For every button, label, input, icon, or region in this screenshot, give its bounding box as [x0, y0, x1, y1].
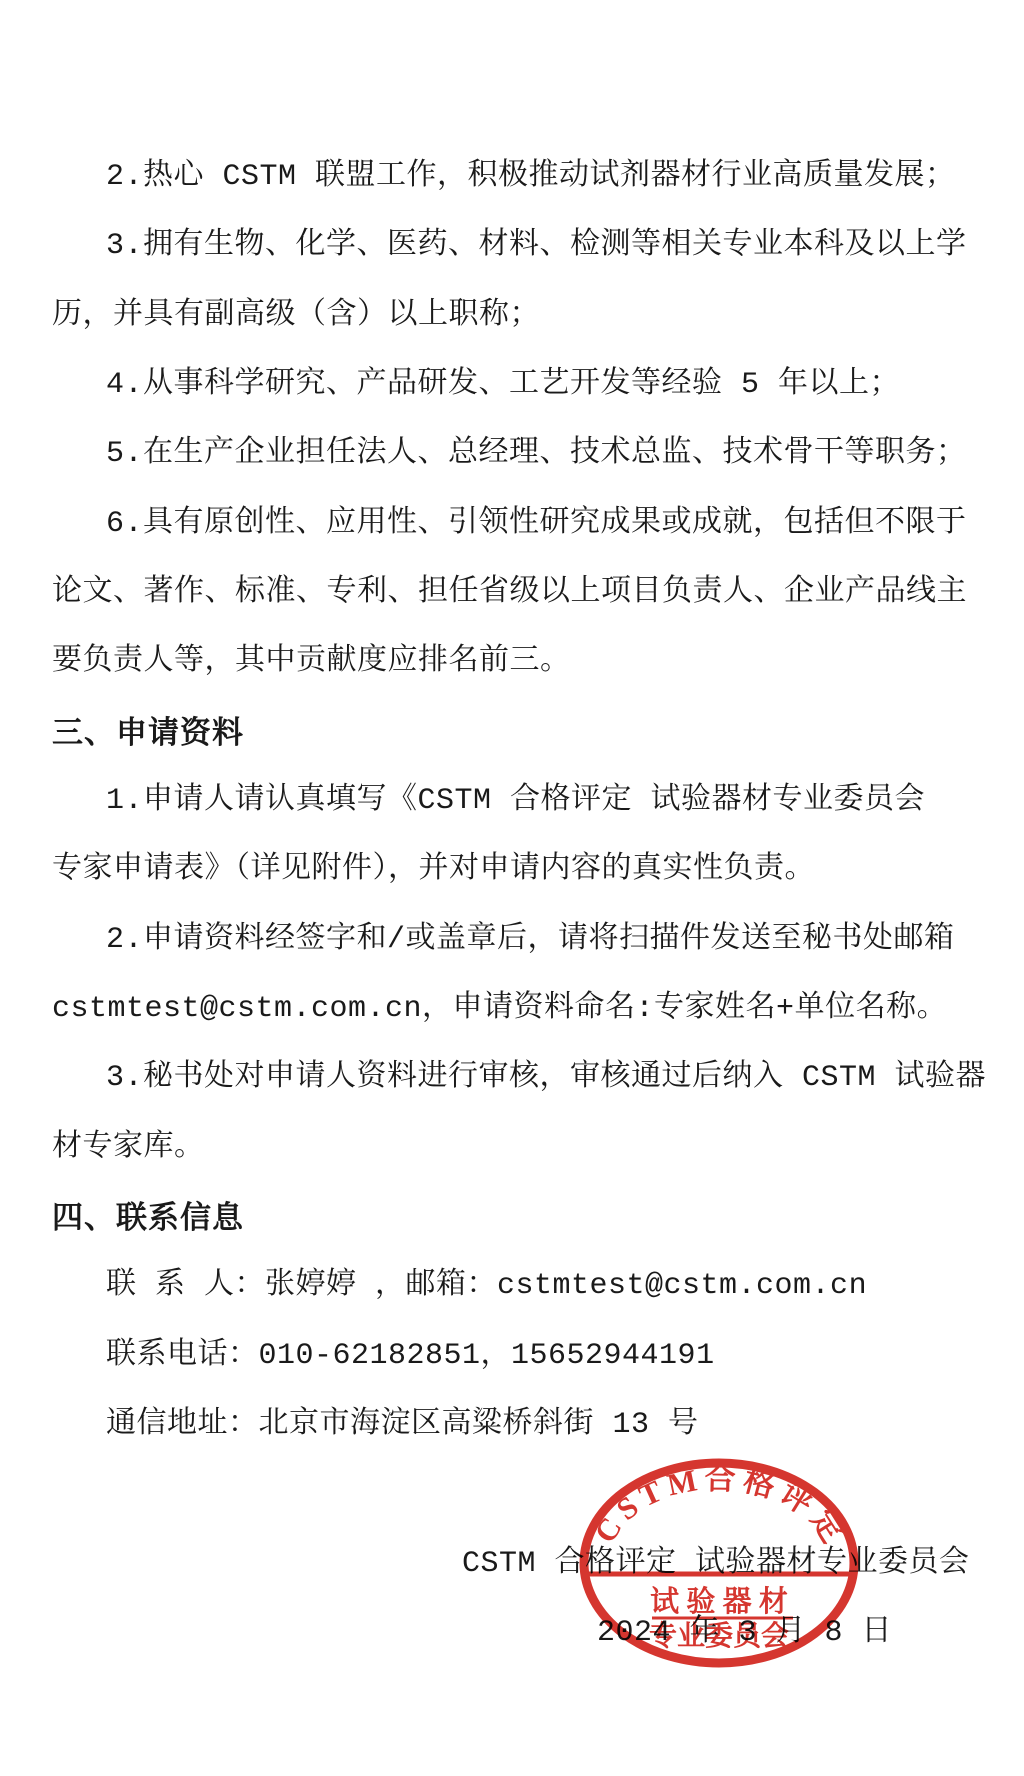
contact-address-line: 通信地址：北京市海淀区高粱桥斜街 13 号	[106, 1405, 699, 1445]
stamp-arc-text: CSTM合格评定	[587, 1461, 854, 1554]
requirement-item-3-line-2: 历，并具有副高级（含）以上职称；	[52, 296, 540, 336]
requirement-item-3-line-1: 3.拥有生物、化学、医药、材料、检测等相关专业本科及以上学	[106, 226, 967, 266]
requirement-item-6-line-3: 要负责人等，其中贡献度应排名前三。	[52, 642, 571, 682]
materials-item-1-line-2: 专家申请表》（详见附件），并对申请内容的真实性负责。	[52, 850, 815, 890]
materials-item-1-line-1: 1.申请人请认真填写《CSTM 合格评定 试验器材专业委员会	[106, 781, 925, 821]
stamp-committee-text: 专业委员会	[649, 1619, 789, 1652]
contact-person-line: 联 系 人：张婷婷 ，邮箱：cstmtest@cstm.com.cn	[106, 1266, 867, 1306]
document-page: 2.热心 CSTM 联盟工作，积极推动试剂器材行业高质量发展； 3.拥有生物、化…	[0, 0, 1024, 1776]
official-red-stamp: CSTM合格评定 试 验 器 材 专业委员会	[569, 1453, 869, 1673]
materials-item-2-line-2: cstmtest@cstm.com.cn，申请资料命名:专家姓名+单位名称。	[52, 989, 947, 1029]
contact-phone-line: 联系电话：010-62182851，15652944191	[106, 1336, 715, 1376]
requirement-item-2: 2.热心 CSTM 联盟工作，积极推动试剂器材行业高质量发展；	[106, 157, 956, 197]
materials-item-3-line-2: 材专家库。	[52, 1128, 205, 1168]
requirement-item-5: 5.在生产企业担任法人、总经理、技术总监、技术骨干等职务；	[106, 434, 967, 474]
section-4-heading: 四、联系信息	[52, 1198, 244, 1238]
materials-item-3-line-1: 3.秘书处对申请人资料进行审核，审核通过后纳入 CSTM 试验器	[106, 1058, 986, 1098]
requirement-item-4: 4.从事科学研究、产品研发、工艺开发等经验 5 年以上；	[106, 365, 900, 405]
materials-item-2-line-1: 2.申请资料经签字和/或盖章后，请将扫描件发送至秘书处邮箱	[106, 920, 955, 960]
requirement-item-6-line-2: 论文、著作、标准、专利、担任省级以上项目负责人、企业产品线主	[52, 573, 967, 613]
section-3-heading: 三、申请资料	[52, 713, 244, 753]
stamp-field-text: 试 验 器 材	[650, 1585, 788, 1618]
requirement-item-6-line-1: 6.具有原创性、应用性、引领性研究成果或成就，包括但不限于	[106, 504, 967, 544]
